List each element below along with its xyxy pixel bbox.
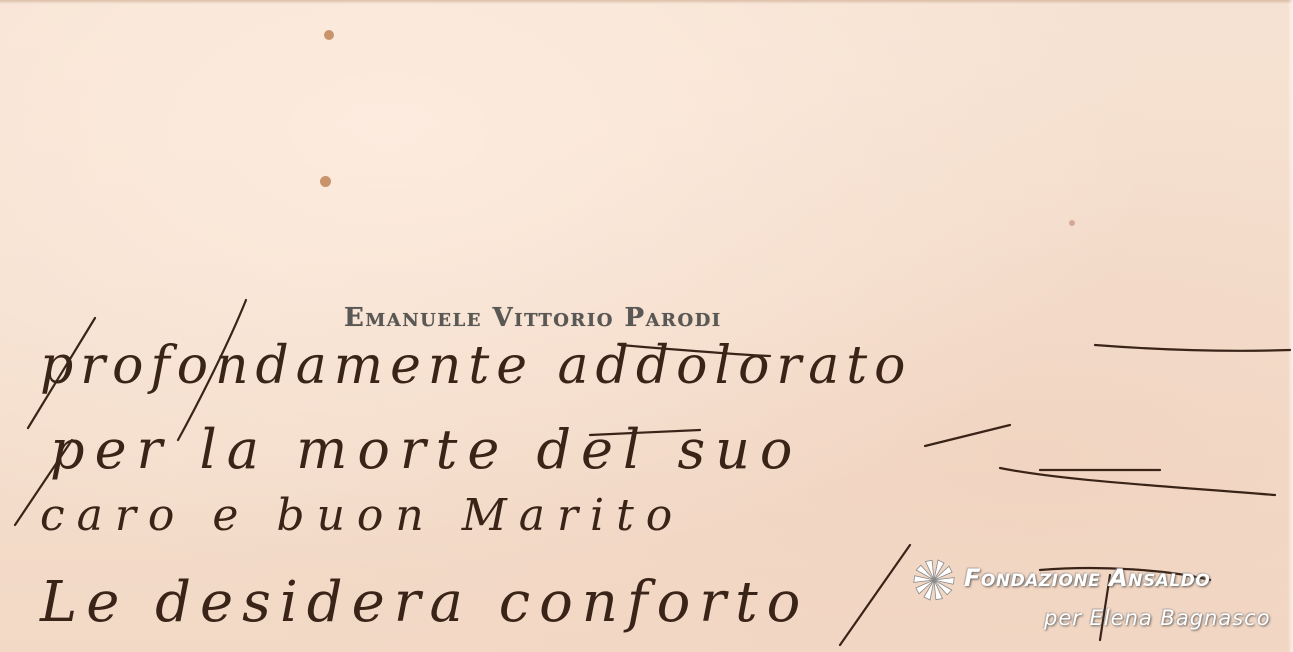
watermark-title: Fondazione Ansaldo	[964, 564, 1210, 592]
handwritten-line-1: profondamente addolorato	[40, 336, 912, 396]
pen-strokes-decoration	[0, 0, 1293, 652]
handwritten-message: profondamente addolorato per la morte de…	[0, 0, 1293, 652]
visiting-card: Emanuele Vittorio Parodi profondamente a…	[0, 0, 1293, 652]
watermark-credit: per Elena Bagnasco	[1044, 606, 1271, 630]
handwritten-line-2: per la morte del suo	[50, 418, 802, 481]
watermark: Fondazione Ansaldo per Elena Bagnasco	[912, 556, 1282, 636]
handwritten-line-4: Le desidera conforto	[40, 570, 809, 635]
ansaldo-pinwheel-icon	[912, 558, 956, 602]
handwritten-line-3: caro e buon Marito	[40, 490, 684, 541]
